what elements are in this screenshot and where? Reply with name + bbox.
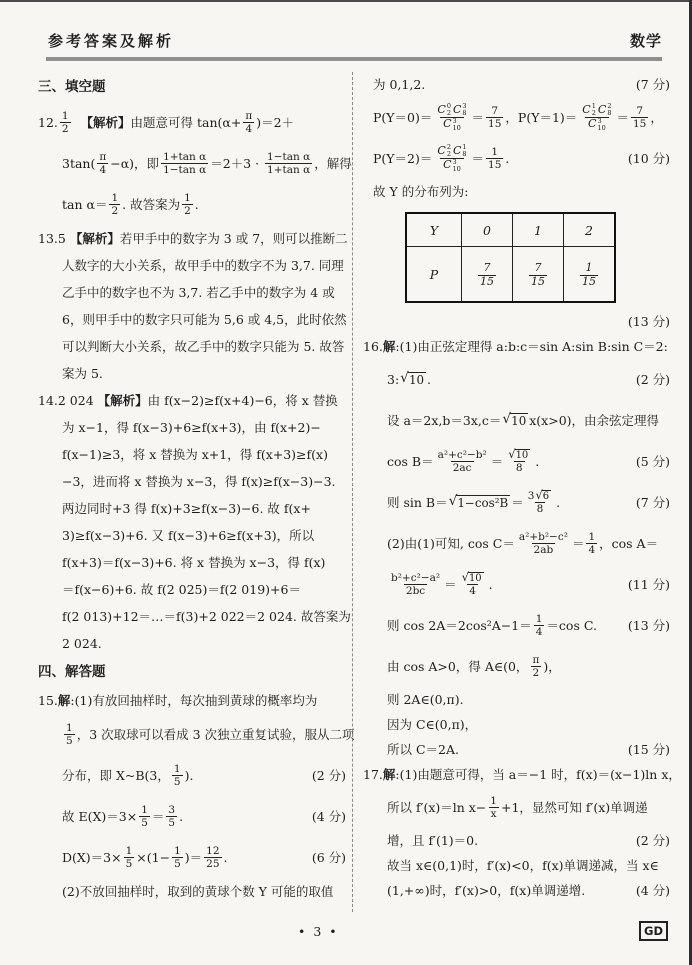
answer-line: f(x+3)＝f(x−3)+6. 将 x 替换为 x−3，得 f(x) bbox=[38, 549, 346, 576]
answer-line: 12.12 【解析】由题意可得 tan(α+π4)＝2＋ bbox=[38, 102, 346, 143]
answer-line: 因为 C∈(0,π)， bbox=[363, 712, 670, 737]
answer-line: 故 E(X)＝3×15＝35.(4 分) bbox=[38, 796, 346, 837]
answer-line: 故 Y 的分布列为: bbox=[363, 179, 670, 204]
answer-line: P(Y＝0)＝C02C38C310＝715，P(Y＝1)＝C12C28C310＝… bbox=[363, 97, 670, 138]
subject-label: 数学 bbox=[630, 30, 662, 51]
score-mark: (15 分) bbox=[622, 742, 670, 758]
header-rule bbox=[46, 57, 662, 61]
answer-line: 增，且 f′(1)＝0.(2 分) bbox=[363, 828, 670, 853]
answer-line: f(x−1)≥3，将 x 替换为 x+1，得 f(x+3)≥f(x) bbox=[38, 441, 346, 468]
answer-line: 则 cos 2A＝2cos²A−1＝14＝cos C.(13 分) bbox=[363, 605, 670, 646]
answer-line: 13.5 【解析】若甲手中的数字为 3 或 7，则可以推断二 bbox=[38, 225, 346, 252]
answer-line: 设 a＝2x,b＝3x,c＝√10x(x>0)，由余弦定理得 bbox=[363, 400, 670, 441]
answer-line: 2 024. bbox=[38, 630, 346, 657]
answer-line: 所以 f′(x)＝ln x−1x+1，显然可知 f′(x)单调递 bbox=[363, 787, 670, 828]
answer-line: (2)不放回抽样时，取到的黄球个数 Y 可能的取值 bbox=[38, 878, 346, 905]
answer-line: 16.解:(1)由正弦定理得 a:b:c＝sin A:sin B:sin C＝2… bbox=[363, 334, 670, 359]
answer-line: 3)≥f(x−3)+6. 又 f(x−3)+6≥f(x+3)，所以 bbox=[38, 522, 346, 549]
page-header: 参考答案及解析 数学 bbox=[48, 30, 662, 51]
table-cell: P bbox=[406, 247, 462, 303]
answer-line: 17.解:(1)由题意可得，当 a＝−1 时，f(x)＝(x−1)ln x， bbox=[363, 762, 670, 787]
answer-line: 3tan(π4−α)，即1+tan α1−tan α＝2＋3 · 1−tan α… bbox=[38, 143, 346, 184]
section-heading: 四、解答题 bbox=[38, 657, 346, 687]
answer-line: P(Y＝2)＝C22C18C310＝115.(10 分) bbox=[363, 138, 670, 179]
score-mark: (2 分) bbox=[306, 768, 346, 784]
answer-line: 6，则甲手中的数字只可能为 5,6 或 4,5，此时依然 bbox=[38, 306, 346, 333]
answer-line: (1,+∞)时，f′(x)>0，f(x)单调递增.(4 分) bbox=[363, 878, 670, 903]
answer-line: 乙手中的数字也不为 3,7. 若乙手中的数字为 4 或 bbox=[38, 279, 346, 306]
left-column: 三、填空题12.12 【解析】由题意可得 tan(α+π4)＝2＋3tan(π4… bbox=[38, 72, 346, 912]
score-mark: (4 分) bbox=[630, 883, 670, 899]
answer-line: ＝f(x−6)+6. 故 f(2 025)＝f(2 019)+6＝ bbox=[38, 576, 346, 603]
score-mark: (10 分) bbox=[622, 151, 670, 167]
answer-line: (2)由(1)可知, cos C＝a²+b²−c²2ab＝14，cos A＝ bbox=[363, 523, 670, 564]
table-cell: 715 bbox=[462, 247, 513, 303]
score-mark: (13 分) bbox=[622, 314, 670, 330]
score-mark: (7 分) bbox=[630, 495, 670, 511]
right-column: 为 0,1,2.(7 分)P(Y＝0)＝C02C38C310＝715，P(Y＝1… bbox=[353, 72, 670, 912]
answer-line: 分布，即 X~B(3，15).(2 分) bbox=[38, 755, 346, 796]
score-mark: (7 分) bbox=[630, 77, 670, 93]
answer-line: 3:√10.(2 分) bbox=[363, 359, 670, 400]
page-number: • 3 • bbox=[298, 924, 339, 939]
answer-line: 人数字的大小关系，故甲手中的数字不为 3,7. 同理 bbox=[38, 252, 346, 279]
answer-line: 为 0,1,2.(7 分) bbox=[363, 72, 670, 97]
answer-line: 案为 5. bbox=[38, 360, 346, 387]
score-mark: (13 分) bbox=[622, 618, 670, 634]
answer-line: 15.解:(1)有放回抽样时，每次抽到黄球的概率均为 bbox=[38, 687, 346, 714]
score-mark: (5 分) bbox=[630, 454, 670, 470]
score-mark: (6 分) bbox=[306, 850, 346, 866]
answer-line: f(2 013)+12＝…＝f(3)+2 022＝2 024. 故答案为 bbox=[38, 603, 346, 630]
score-mark: (4 分) bbox=[306, 809, 346, 825]
answer-line: 则 sin B＝√1−cos²B＝3√68.(7 分) bbox=[363, 482, 670, 523]
scanned-answer-page: 参考答案及解析 数学 三、填空题12.12 【解析】由题意可得 tan(α+π4… bbox=[0, 0, 692, 965]
two-column-body: 三、填空题12.12 【解析】由题意可得 tan(α+π4)＝2＋3tan(π4… bbox=[38, 72, 670, 912]
page-title: 参考答案及解析 bbox=[48, 30, 174, 51]
table-cell: Y bbox=[406, 213, 462, 247]
corner-mark: GD bbox=[639, 921, 668, 941]
answer-line: 可以判断大小关系，故乙手中的数字只能为 5. 故答 bbox=[38, 333, 346, 360]
answer-line: 两边同时+3 得 f(x)+3≥f(x−3)−6. 故 f(x+ bbox=[38, 495, 346, 522]
answer-line: 所以 C＝2A.(15 分) bbox=[363, 737, 670, 762]
answer-line: 14.2 024 【解析】由 f(x−2)≥f(x+4)−6，将 x 替换 bbox=[38, 387, 346, 414]
answer-line: cos B＝a²+c²−b²2ac＝√108.(5 分) bbox=[363, 441, 670, 482]
answer-line: −3，进而将 x 替换为 x−3，得 f(x)≥f(x−3)−3. bbox=[38, 468, 346, 495]
answer-line: 15，3 次取球可以看成 3 次独立重复试验，服从二项 bbox=[38, 714, 346, 755]
answer-line: 由 cos A>0，得 A∈(0，π2)， bbox=[363, 646, 670, 687]
answer-line: tan α＝12. 故答案为12. bbox=[38, 184, 346, 225]
table-cell: 715 bbox=[513, 247, 564, 303]
answer-line: D(X)＝3×15×(1−15)＝1225.(6 分) bbox=[38, 837, 346, 878]
distribution-table: Y012P715715115 bbox=[405, 212, 616, 303]
table-cell: 2 bbox=[564, 213, 616, 247]
answer-line: b²+c²−a²2bc＝√104.(11 分) bbox=[363, 564, 670, 605]
page-top-edge bbox=[0, 0, 692, 2]
table-cell: 1 bbox=[513, 213, 564, 247]
answer-line: 为 x−1，得 f(x−3)+6≥f(x+3)，由 f(x+2)− bbox=[38, 414, 346, 441]
score-mark: (11 分) bbox=[622, 577, 670, 593]
table-cell: 0 bbox=[462, 213, 513, 247]
answer-line: (13 分) bbox=[363, 309, 670, 334]
answer-line: 则 2A∈(0,π). bbox=[363, 687, 670, 712]
table-cell: 115 bbox=[564, 247, 616, 303]
answer-line: 故当 x∈(0,1)时，f′(x)<0，f(x)单调递减，当 x∈ bbox=[363, 853, 670, 878]
score-mark: (2 分) bbox=[630, 372, 670, 388]
score-mark: (2 分) bbox=[630, 833, 670, 849]
section-heading: 三、填空题 bbox=[38, 72, 346, 102]
